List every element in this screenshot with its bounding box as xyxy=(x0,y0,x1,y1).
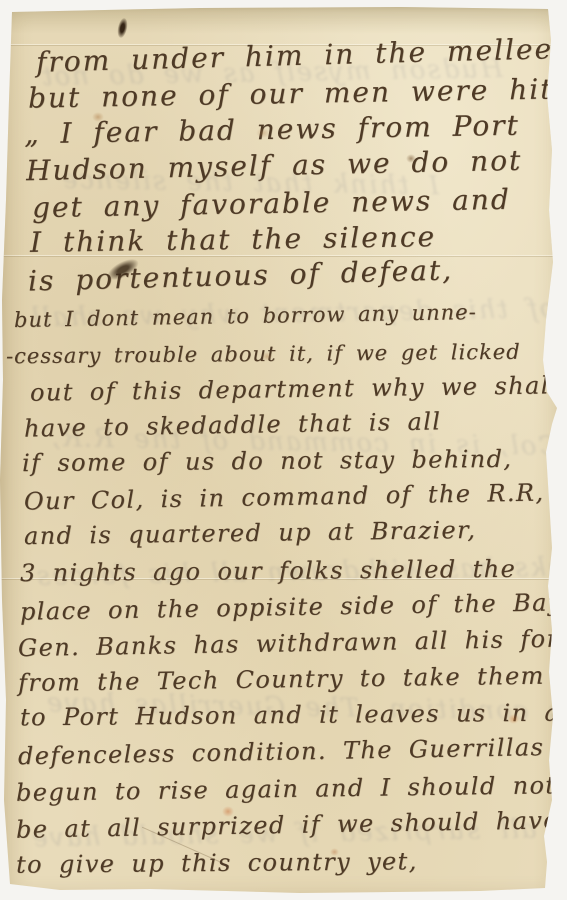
letter-line: Hudson myself as we do not xyxy=(26,145,523,188)
letter-line: from under him in the mellee xyxy=(36,33,554,79)
letter-line: be at all surprized if we should have xyxy=(16,807,559,844)
letter-line: have to skedaddle that is all xyxy=(24,408,442,443)
letter-line: if some of us do not stay behind, xyxy=(22,446,513,478)
letter-line: „ I fear bad news from Port xyxy=(24,110,520,151)
letter-line: place on the oppisite side of the Bay, xyxy=(20,589,567,626)
ink-blot xyxy=(116,17,129,38)
letter-line: out of this department why we shall xyxy=(30,372,559,407)
letter-line: get any favorable news and xyxy=(32,184,511,225)
letter-line: 3 nights ago our folks shelled the xyxy=(20,556,516,588)
letter-line: is portentuous of defeat, xyxy=(28,254,454,297)
letter-page: Hudson myself as we do not I think that … xyxy=(0,0,567,900)
letter-line: begun to rise again and I should not xyxy=(16,772,557,807)
letter-line: Gen. Banks has withdrawn all his forces xyxy=(18,625,567,663)
letter-line: and is quartered up at Brazier, xyxy=(24,517,477,551)
letter-line: Our Col, is in command of the R.R, xyxy=(24,479,545,516)
letter-line: to Port Hudson and it leaves us in a xyxy=(20,700,560,732)
letter-line: but I dont mean to borrow any unne- xyxy=(14,300,477,332)
letter-line: from the Tech Country to take them up xyxy=(18,662,567,698)
scanned-letter: Hudson myself as we do not I think that … xyxy=(0,0,567,900)
letter-line: defenceless condition. The Guerrillas ha… xyxy=(18,733,567,771)
letter-line: I think that the silence xyxy=(30,221,437,259)
letter-line: to give up this country yet, xyxy=(16,848,418,879)
letter-line: -cessary trouble about it, if we get lic… xyxy=(6,340,521,369)
